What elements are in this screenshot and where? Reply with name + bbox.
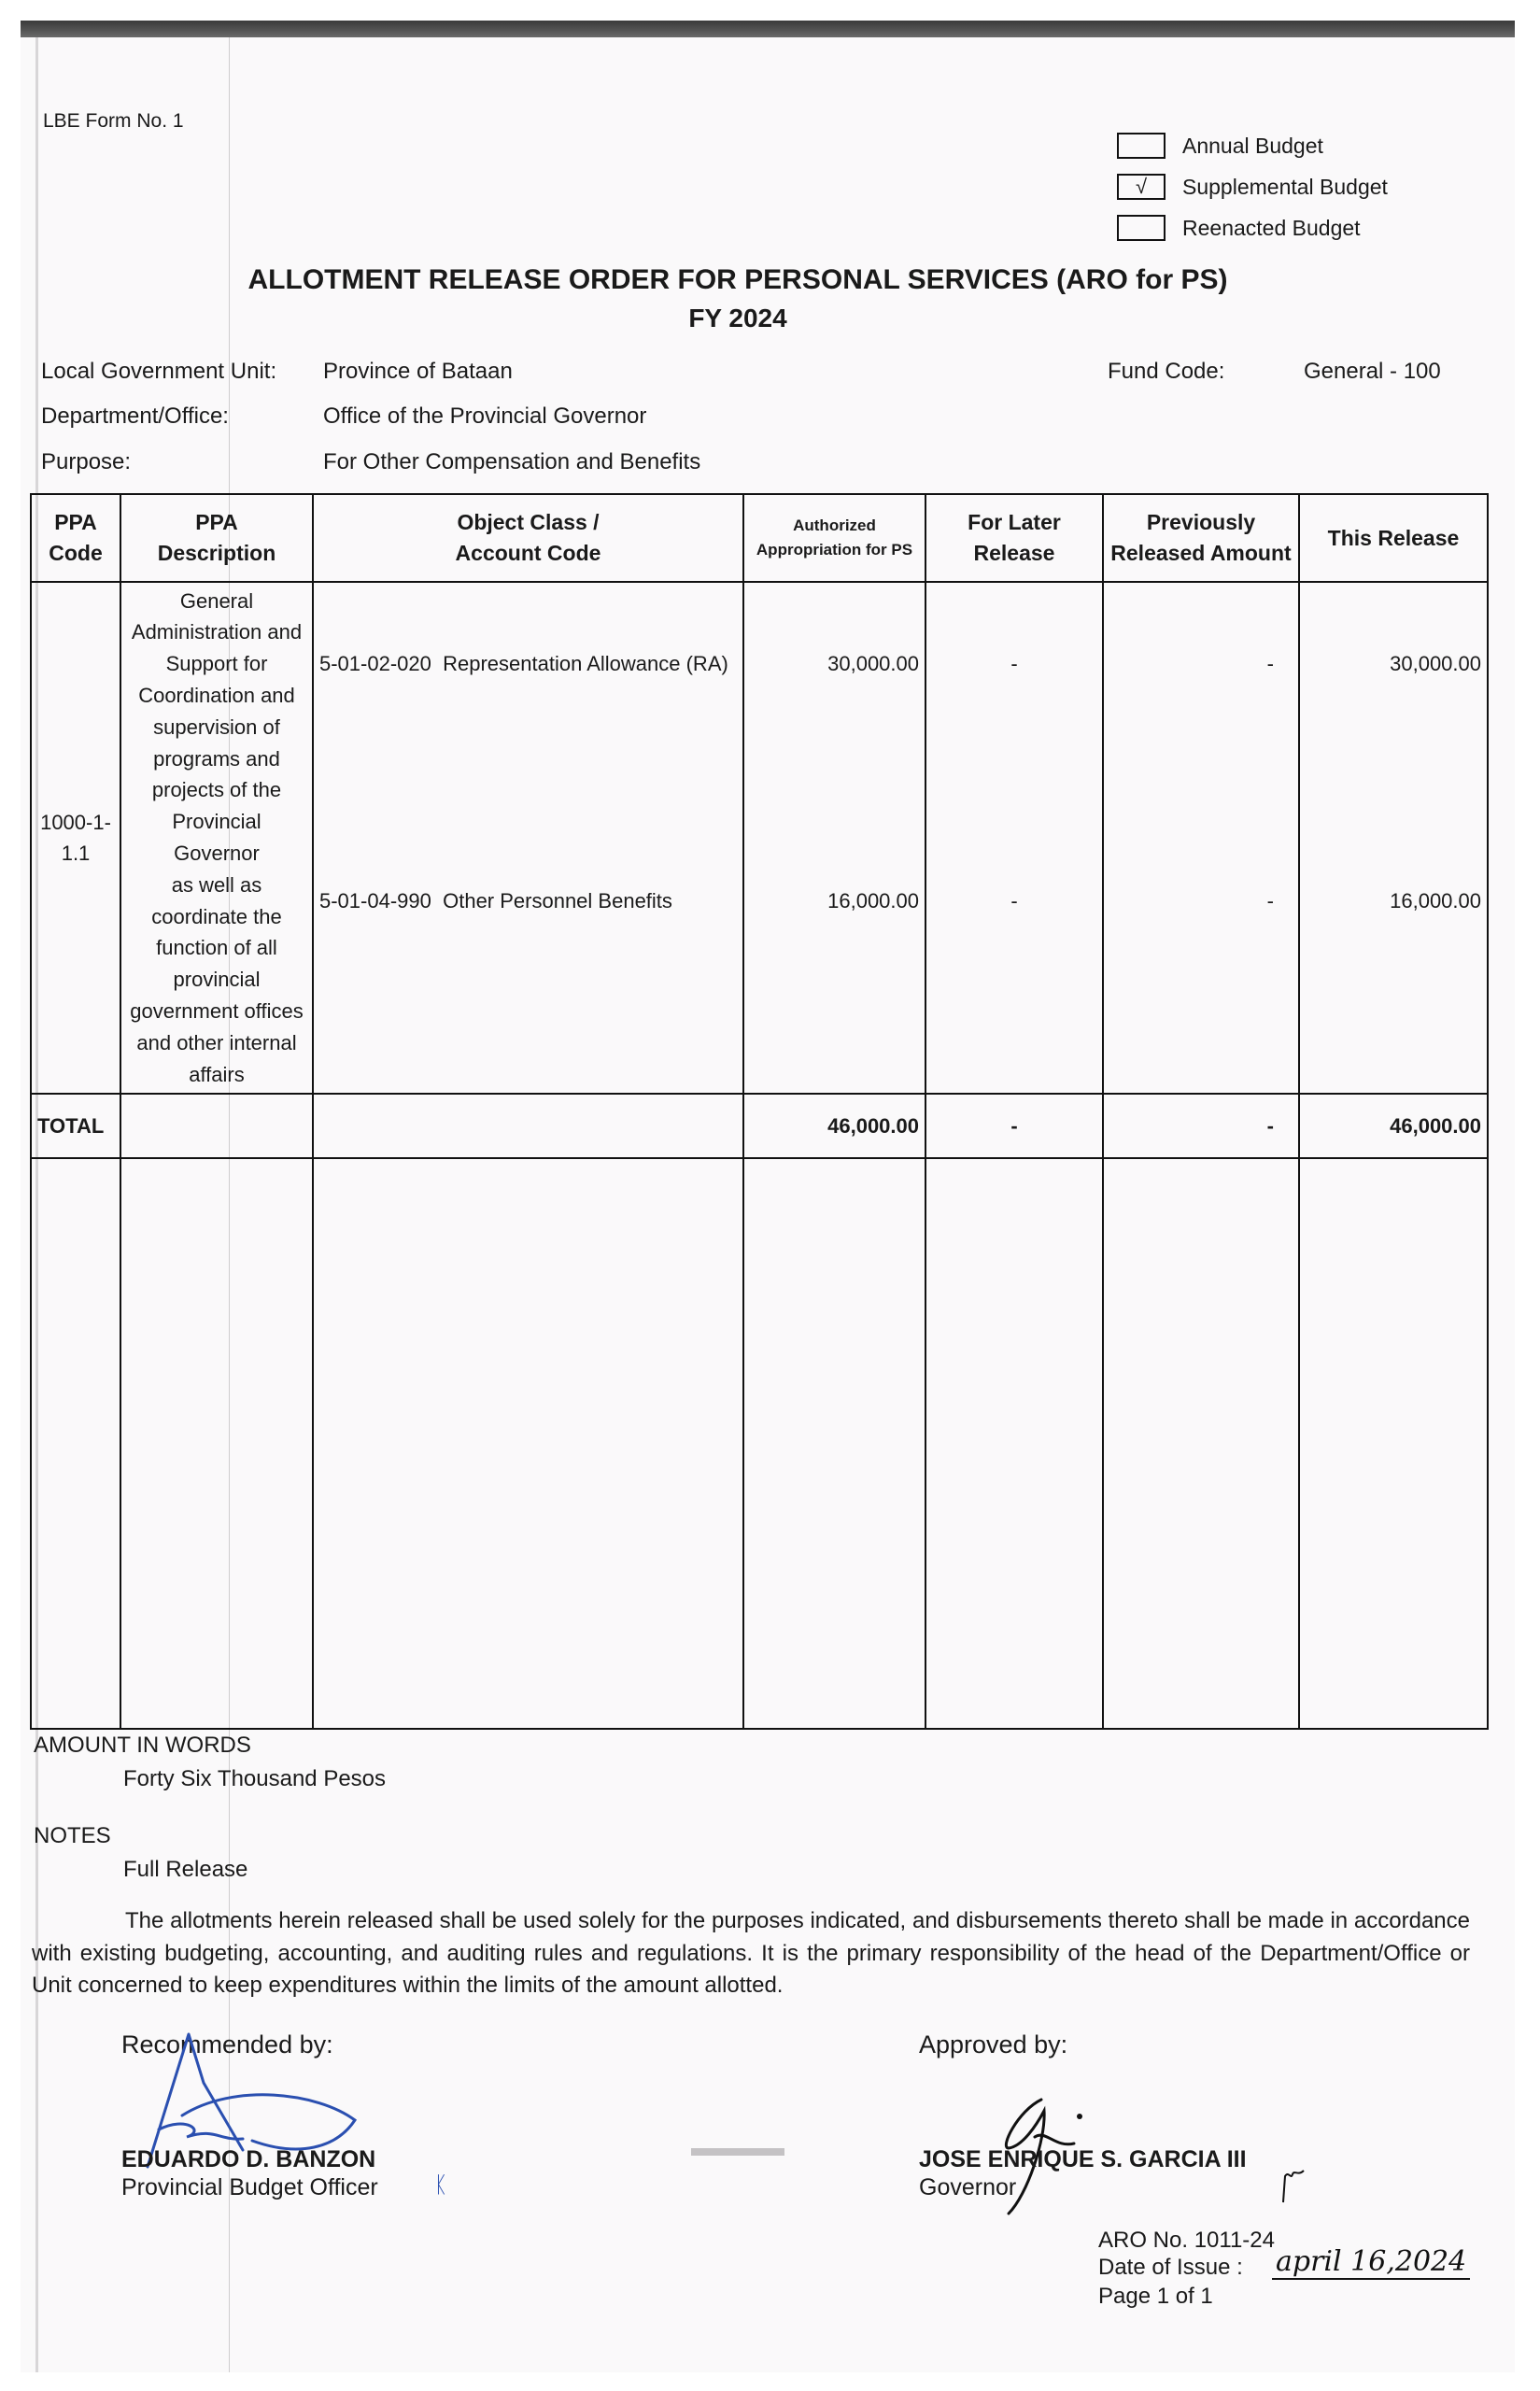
ppa-code-cell: 1000-1-1.1 [31, 582, 120, 1094]
budget-option-annual[interactable]: Annual Budget [1117, 133, 1323, 159]
allotment-table: PPACode PPADescription Object Class /Acc… [30, 493, 1489, 1730]
this-release-cell: 30,000.00 16,000.00 [1299, 582, 1488, 1094]
initials-mark: ᛕ [434, 2172, 447, 2199]
account-line: 5-01-02-020 Representation Allowance (RA… [319, 652, 737, 676]
col-header-previously-released: PreviouslyReleased Amount [1103, 494, 1299, 582]
date-of-issue-value: april 16,2024 [1272, 2245, 1470, 2280]
ppa-description-cell: GeneralAdministration andSupport forCoor… [120, 582, 313, 1094]
total-authorized: 46,000.00 [743, 1094, 925, 1158]
lgu-value: Province of Bataan [323, 359, 513, 385]
total-label: TOTAL [31, 1094, 120, 1158]
department-label: Department/Office: [41, 403, 229, 430]
previously-released-cell: - - [1103, 582, 1299, 1094]
purpose-value: For Other Compensation and Benefits [323, 449, 700, 475]
page-number: Page 1 of 1 [1098, 2284, 1213, 2310]
recommended-by-position: Provincial Budget Officer [121, 2174, 378, 2201]
col-header-this-release: This Release [1299, 494, 1488, 582]
fiscal-year: FY 2024 [0, 304, 1476, 333]
initials-mark [1279, 2167, 1307, 2204]
authorized-cell: 30,000.00 16,000.00 [743, 582, 925, 1094]
for-later-cell: - - [925, 582, 1103, 1094]
lgu-label: Local Government Unit: [41, 359, 276, 385]
object-class-cell: 5-01-02-020 Representation Allowance (RA… [313, 582, 743, 1094]
budget-option-label: Annual Budget [1182, 134, 1323, 159]
col-header-ppa-description: PPADescription [120, 494, 313, 582]
total-previously: - [1103, 1094, 1299, 1158]
smudge [691, 2148, 784, 2156]
date-of-issue-label: Date of Issue : [1098, 2255, 1243, 2281]
budget-option-label: Supplemental Budget [1182, 175, 1388, 200]
budget-option-label: Reenacted Budget [1182, 216, 1361, 241]
amount-in-words-value: Forty Six Thousand Pesos [123, 1766, 386, 1792]
aro-number: ARO No. 1011-24 [1098, 2228, 1275, 2254]
scan-edge-bar [21, 21, 1515, 37]
col-header-for-later-release: For LaterRelease [925, 494, 1103, 582]
total-row: TOTAL 46,000.00 - - 46,000.00 [31, 1094, 1488, 1158]
document-title: ALLOTMENT RELEASE ORDER FOR PERSONAL SER… [0, 264, 1476, 296]
purpose-label: Purpose: [41, 449, 131, 475]
checkbox[interactable] [1117, 133, 1166, 159]
col-header-authorized: AuthorizedAppropriation for PS [743, 494, 925, 582]
table-row: 1000-1-1.1 GeneralAdministration andSupp… [31, 582, 1488, 1094]
approved-by-name: JOSE ENRIQUE S. GARCIA III [919, 2146, 1247, 2173]
total-this-release: 46,000.00 [1299, 1094, 1488, 1158]
notes-label: NOTES [34, 1823, 111, 1849]
checkbox[interactable] [1117, 215, 1166, 241]
budget-option-supplemental[interactable]: √ Supplemental Budget [1117, 174, 1388, 200]
approved-by-position: Governor [919, 2174, 1016, 2201]
table-header-row: PPACode PPADescription Object Class /Acc… [31, 494, 1488, 582]
fund-code-label: Fund Code: [1108, 359, 1224, 385]
department-value: Office of the Provincial Governor [323, 403, 646, 430]
recommended-by-name: EDUARDO D. BANZON [121, 2146, 375, 2173]
checkmark-icon[interactable]: √ [1117, 174, 1166, 200]
form-number: LBE Form No. 1 [43, 110, 184, 133]
col-header-object-class: Object Class /Account Code [313, 494, 743, 582]
blank-row [31, 1158, 1488, 1729]
total-for-later: - [925, 1094, 1103, 1158]
notes-value: Full Release [123, 1857, 247, 1883]
account-line: 5-01-04-990 Other Personnel Benefits [319, 889, 737, 913]
col-header-ppa-code: PPACode [31, 494, 120, 582]
fund-code-value: General - 100 [1304, 359, 1441, 385]
approved-by-label: Approved by: [919, 2030, 1067, 2059]
statement-paragraph: The allotments herein released shall be … [32, 1905, 1470, 2002]
budget-option-reenacted[interactable]: Reenacted Budget [1117, 215, 1361, 241]
amount-in-words-label: AMOUNT IN WORDS [34, 1733, 251, 1759]
